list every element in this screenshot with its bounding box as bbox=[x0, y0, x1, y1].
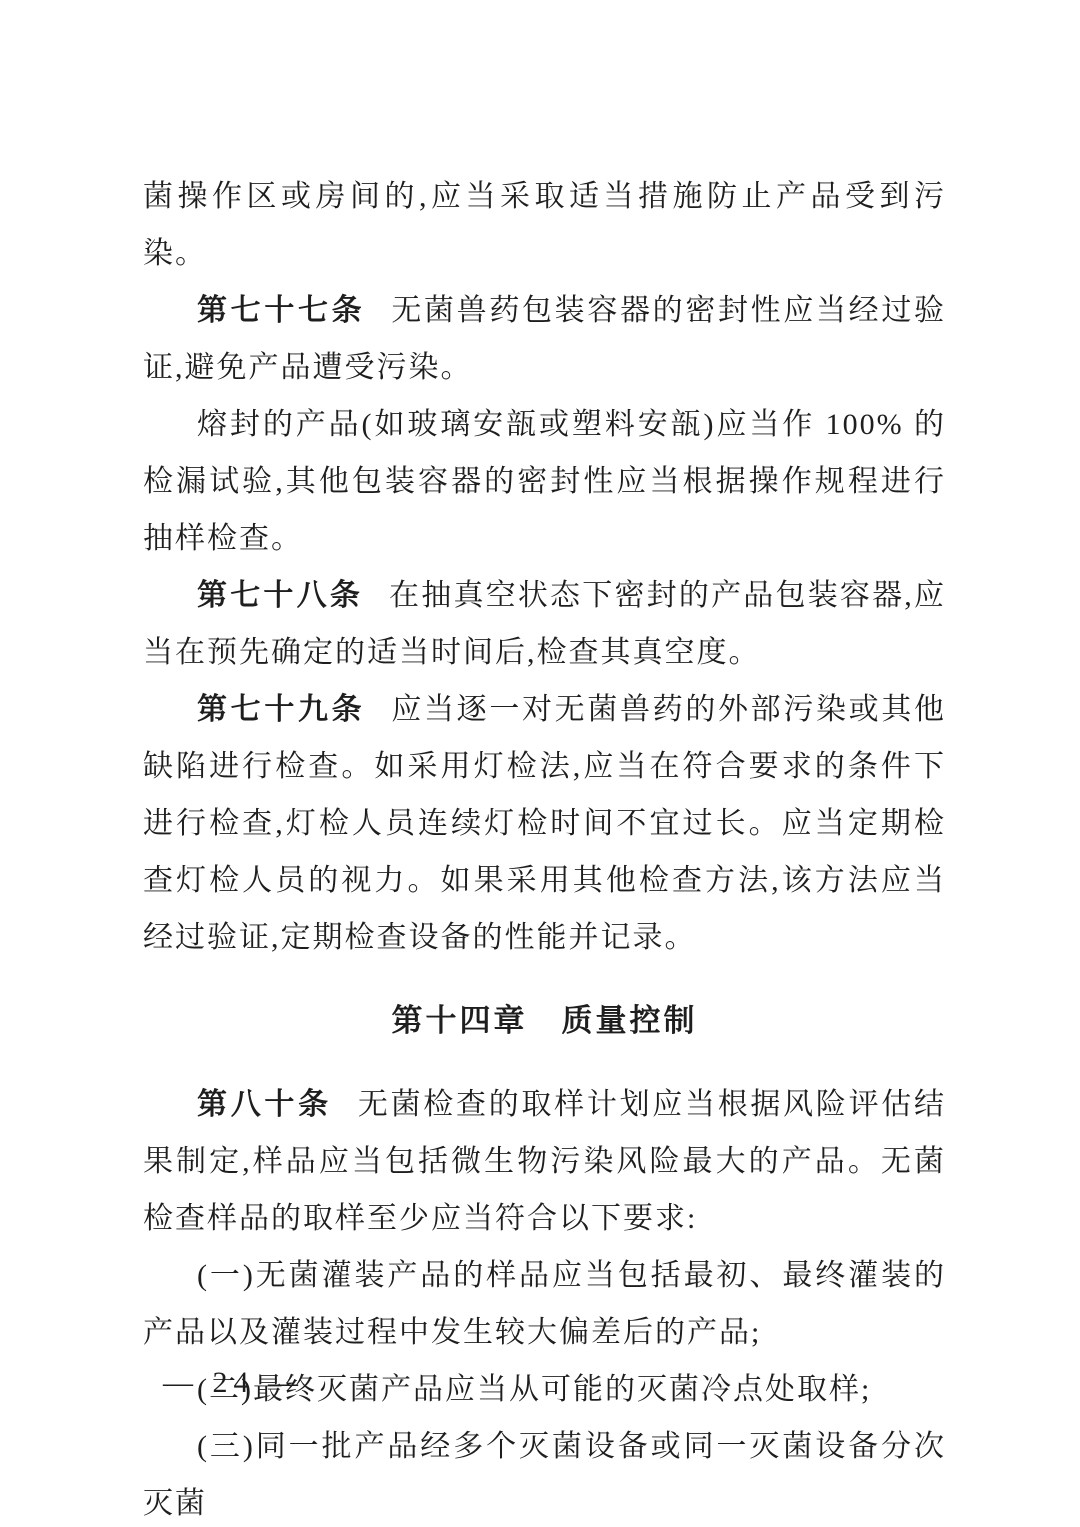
paragraph-sealed-products: 熔封的产品(如玻璃安瓿或塑料安瓿)应当作 100% 的检漏试验,其他包装容器的密… bbox=[143, 396, 946, 567]
article-80: 第八十条无菌检查的取样计划应当根据风险评估结果制定,样品应当包括微生物污染风险最… bbox=[143, 1076, 946, 1247]
article-78-number: 第七十八条 bbox=[197, 579, 363, 612]
article-77-number: 第七十七条 bbox=[197, 294, 365, 327]
article-79: 第七十九条应当逐一对无菌兽药的外部污染或其他缺陷进行检查。如采用灯检法,应当在符… bbox=[143, 681, 946, 966]
list-item-3: (三)同一批产品经多个灭菌设备或同一灭菌设备分次灭菌 bbox=[143, 1418, 946, 1527]
article-79-text: 应当逐一对无菌兽药的外部污染或其他缺陷进行检查。如采用灯检法,应当在符合要求的条… bbox=[143, 693, 946, 954]
article-79-number: 第七十九条 bbox=[197, 693, 365, 726]
list-item-1: (一)无菌灌装产品的样品应当包括最初、最终灌装的产品以及灌装过程中发生较大偏差后… bbox=[143, 1247, 946, 1361]
article-80-number: 第八十条 bbox=[197, 1088, 332, 1121]
chapter-14-heading: 第十四章 质量控制 bbox=[143, 992, 946, 1049]
article-78: 第七十八条在抽真空状态下密封的产品包装容器,应当在预先确定的适当时间后,检查其真… bbox=[143, 567, 946, 681]
document-body: 菌操作区或房间的,应当采取适当措施防止产品受到污染。 第七十七条无菌兽药包装容器… bbox=[143, 168, 946, 1527]
document-page: 菌操作区或房间的,应当采取适当措施防止产品受到污染。 第七十七条无菌兽药包装容器… bbox=[0, 0, 1080, 1527]
paragraph-continuation: 菌操作区或房间的,应当采取适当措施防止产品受到污染。 bbox=[143, 168, 946, 282]
page-number: — 24 — bbox=[163, 1363, 304, 1403]
article-77: 第七十七条无菌兽药包装容器的密封性应当经过验证,避免产品遭受污染。 bbox=[143, 282, 946, 396]
